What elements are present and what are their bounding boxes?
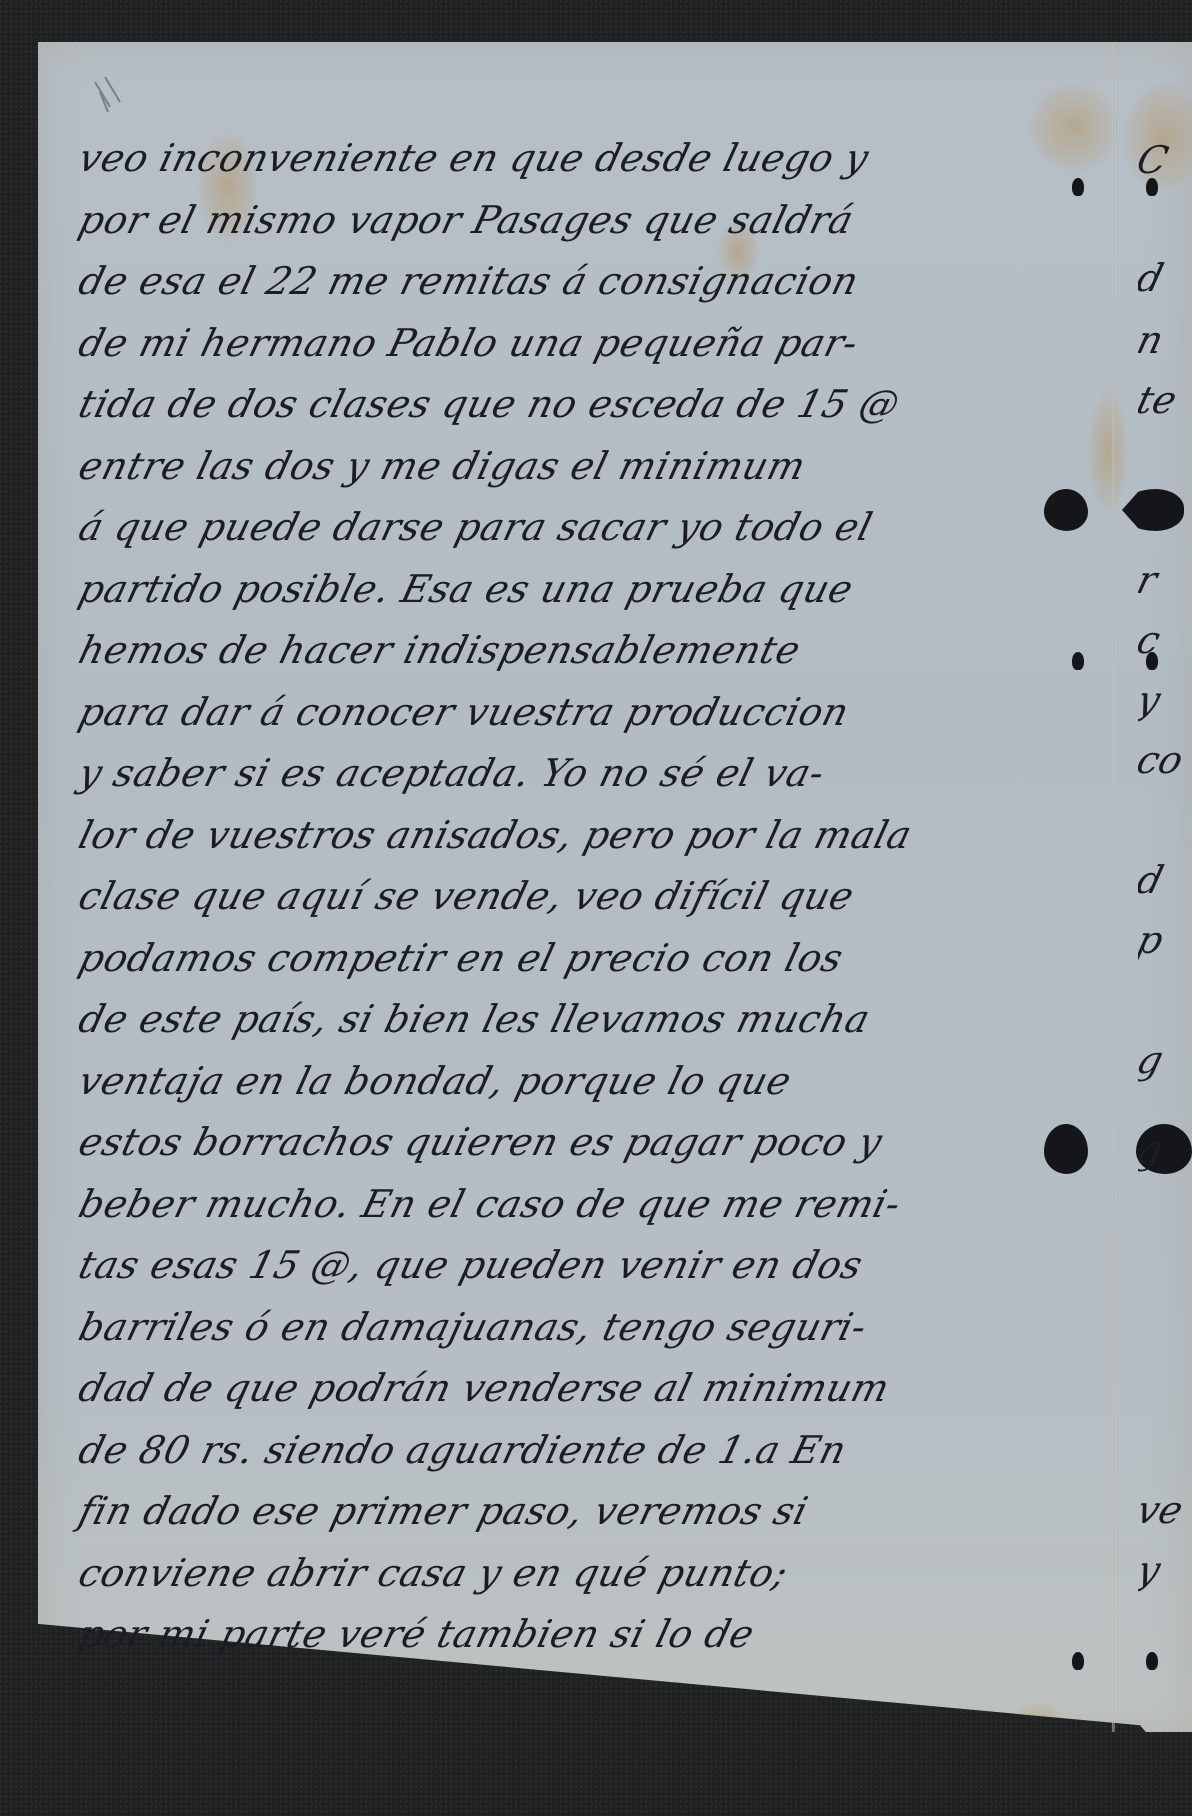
fragment-text: d — [1138, 858, 1168, 902]
letter-line: por el mismo vapor Pasages que saldrá — [72, 190, 1097, 252]
letter-line: estos borrachos quieren es pagar poco y — [72, 1112, 1097, 1174]
letter-line: conviene abrir casa y en qué punto; — [72, 1543, 1097, 1605]
letter-line: de 80 rs. siendo aguardiente de 1.a En — [72, 1420, 1097, 1482]
adjacent-page-fragments: C d n te r c y co d p g g ve y — [1138, 128, 1192, 1688]
fragment-text: g — [1138, 1038, 1168, 1082]
fragment-text: p — [1138, 918, 1168, 962]
center-fold-crease — [1112, 42, 1115, 1732]
fragment-text: y — [1138, 1548, 1165, 1592]
fragment-text: te — [1138, 378, 1181, 422]
foxing-stain — [1088, 392, 1128, 512]
letter-line: y saber si es aceptada. Yo no sé el va- — [72, 743, 1097, 805]
fragment-text: y — [1138, 678, 1165, 722]
letter-line: para dar á conocer vuestra produccion — [72, 682, 1097, 744]
fragment-text: co — [1138, 738, 1188, 782]
fragment-text: g — [1138, 1128, 1168, 1172]
letter-line: barriles ó en damajuanas, tengo seguri- — [72, 1297, 1097, 1359]
letter-line: clase que aquí se vende, veo difícil que — [72, 866, 1097, 928]
letter-line: de mi hermano Pablo una pequeña par- — [72, 313, 1097, 375]
letter-line: de esa el 22 me remitas á consignacion — [72, 251, 1097, 313]
letter-line: lor de vuestros anisados, pero por la ma… — [72, 805, 1097, 867]
fragment-text: C — [1138, 138, 1173, 182]
fragment-text: r — [1138, 558, 1162, 602]
letter-line: ventaja en la bondad, porque lo que — [72, 1051, 1097, 1113]
letter-line: veo inconveniente en que desde luego y — [72, 128, 1097, 190]
letter-line: tida de dos clases que no esceda de 15 @ — [72, 374, 1097, 436]
letter-line: partido posible. Esa es una prueba que — [72, 559, 1097, 621]
letter-line: hemos de hacer indispensablemente — [72, 620, 1097, 682]
letter-line: dad de que podrán venderse al minimum — [72, 1358, 1097, 1420]
letter-line: por mi parte veré tambien si lo de — [72, 1604, 1097, 1666]
letter-line: fin dado ese primer paso, veremos si — [72, 1481, 1097, 1543]
pencil-mark-icon — [90, 72, 130, 122]
fragment-text: c — [1138, 618, 1165, 662]
letter-body: veo inconveniente en que desde luego y p… — [72, 128, 1082, 1666]
letter-line: á que puede darse para sacar yo todo el — [72, 497, 1097, 559]
letter-line: entre las dos y me digas el minimum — [72, 436, 1097, 498]
letter-line: tas esas 15 @, que pueden venir en dos — [72, 1235, 1097, 1297]
letter-line: podamos competir en el precio con los — [72, 928, 1097, 990]
fragment-text: ve — [1138, 1488, 1187, 1532]
letter-line: de este país, si bien les llevamos mucha — [72, 989, 1097, 1051]
letter-line: beber mucho. En el caso de que me remi- — [72, 1174, 1097, 1236]
fragment-text: d — [1138, 256, 1168, 300]
fragment-text: n — [1138, 318, 1168, 362]
